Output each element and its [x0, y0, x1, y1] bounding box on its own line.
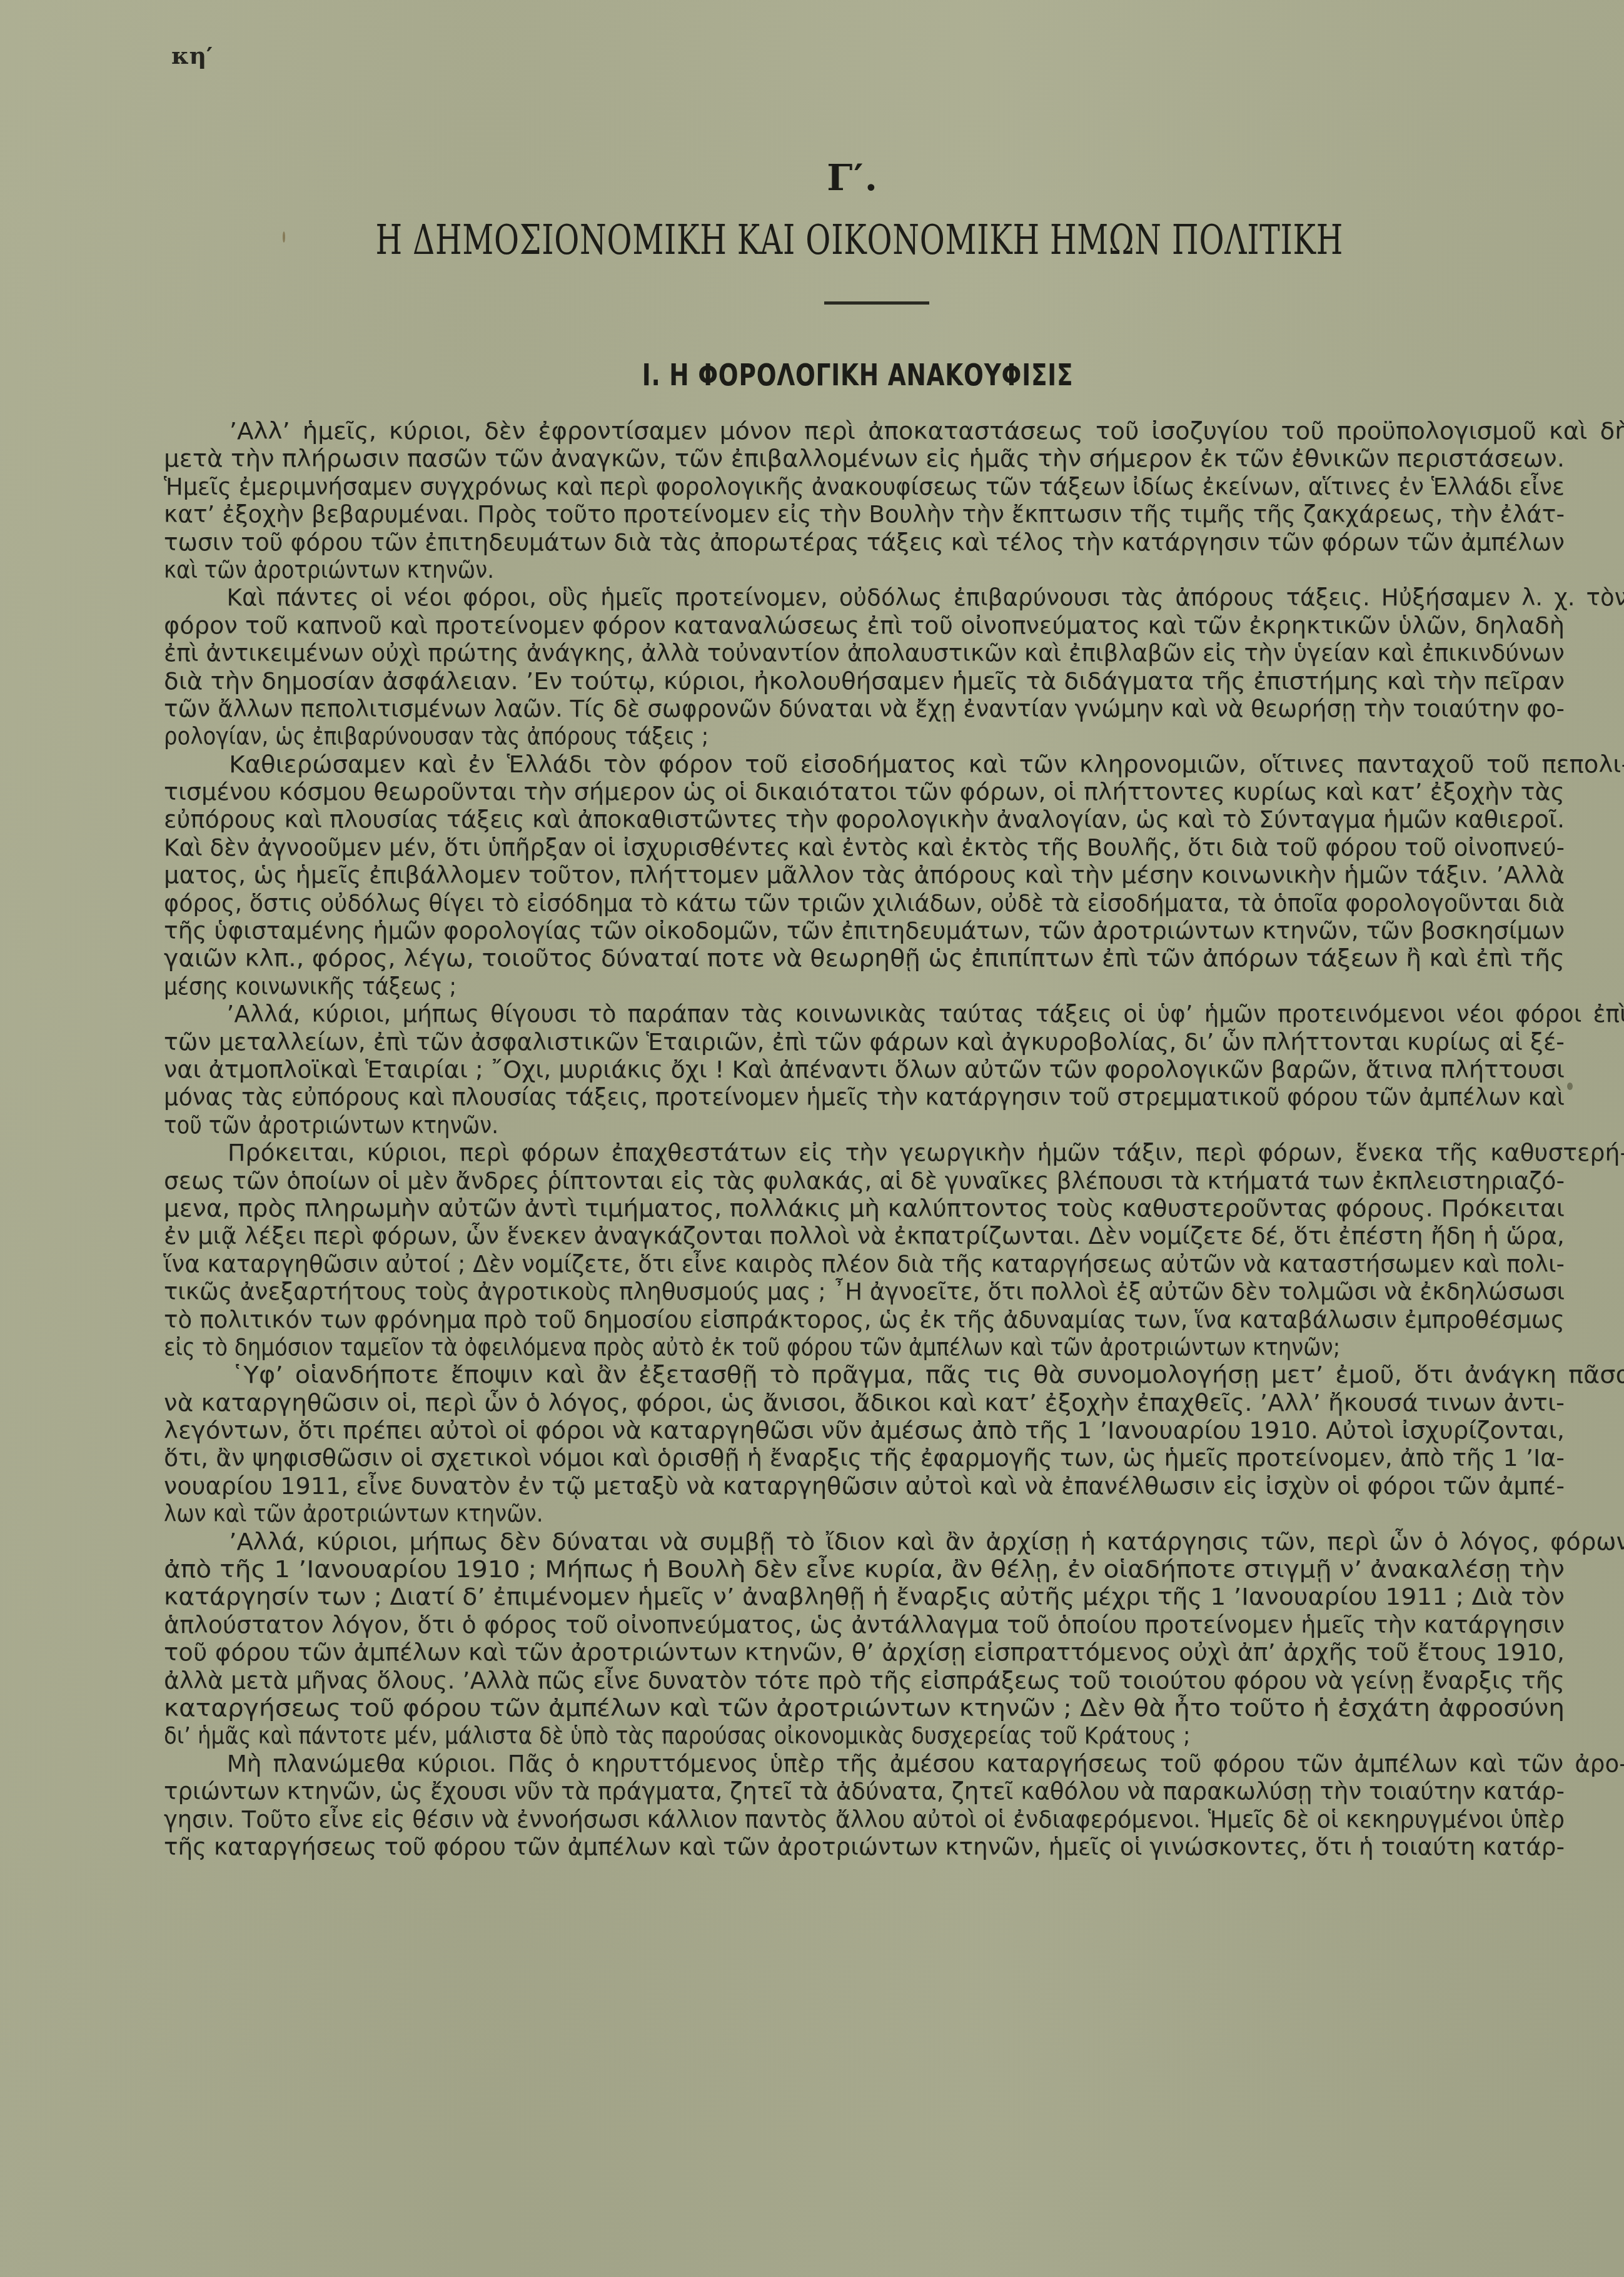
text-line: γησιν. Τοῦτο εἶνε εἰς θέσιν νὰ ἐννοήσωσι…: [164, 1806, 1565, 1834]
text-line: ἵνα καταργηθῶσιν αὐτοί ; Δὲν νομίζετε, ὅ…: [164, 1251, 1565, 1278]
page-title: Η ΔΗΜΟΣΙΟΝΟΜΙΚΗ ΚΑΙ ΟΙΚΟΝΟΜΙΚΗ ΗΜΩΝ ΠΟΛΙ…: [228, 216, 1430, 264]
text-line: λεγόντων, ὅτι πρέπει αὐτοὶ οἱ φόροι νὰ κ…: [164, 1417, 1565, 1445]
body-text: ’Αλλ’ ἡμεῖς, κύριοι, δὲν ἐφροντίσαμεν μό…: [164, 418, 1565, 1861]
text-line: σεως τῶν ὁποίων οἱ μὲν ἄνδρες ῥίπτονται …: [164, 1168, 1565, 1195]
text-line: ἀλλὰ μετὰ μῆνας ὅλους. ’Αλλὰ πῶς εἶνε δυ…: [164, 1667, 1565, 1695]
section-letter: Γ′.: [0, 156, 1624, 199]
text-line: ἐν μιᾷ λέξει περὶ φόρων, ὧν ἕνεκεν ἀναγκ…: [164, 1223, 1565, 1250]
text-line: ’Αλλ’ ἡμεῖς, κύριοι, δὲν ἐφροντίσαμεν μό…: [164, 418, 1624, 445]
text-line: γαιῶν κλπ., φόρος, λέγω, τοιοῦτος δύνατα…: [164, 945, 1565, 972]
text-line: ρολογίαν, ὡς ἐπιβαρύνουσαν τὰς ἀπόρους τ…: [164, 723, 1453, 750]
text-line: φόρος, ὅστις οὐδόλως θίγει τὸ εἰσόδημα τ…: [164, 890, 1565, 917]
text-line: νὰ καταργηθῶσιν οἱ, περὶ ὧν ὁ λόγος, φόρ…: [164, 1390, 1565, 1417]
text-line: Καθιερώσαμεν καὶ ἐν Ἑλλάδι τὸν φόρον τοῦ…: [164, 751, 1624, 779]
page-number: κη′: [171, 41, 213, 69]
text-line: ναι ἀτμοπλοϊκαὶ Ἑταιρίαι ; ῎Οχι, μυριάκι…: [164, 1056, 1565, 1084]
text-line: ’Αλλά, κύριοι, μήπως θίγουσι τὸ παράπαν …: [164, 1001, 1624, 1028]
text-line: Μὴ πλανώμεθα κύριοι. Πᾶς ὁ κηρυττόμενος …: [164, 1750, 1624, 1778]
text-line: τριώντων κτηνῶν, ὡς ἔχουσι νῦν τὰ πράγμα…: [164, 1778, 1565, 1805]
text-line: τοῦ φόρου τῶν ἀμπέλων καὶ τῶν ἀροτριώντω…: [164, 1639, 1565, 1667]
text-line: τοῦ τῶν ἀροτριώντων κτηνῶν.: [164, 1112, 1453, 1139]
text-line: δι’ ἡμᾶς καὶ πάντοτε μέν, μάλιστα δὲ ὑπὸ…: [164, 1722, 1453, 1750]
text-line: μενα, πρὸς πληρωμὴν αὐτῶν ἀντὶ τιμήματος…: [164, 1195, 1565, 1223]
text-line: μόνας τὰς εὐπόρους καὶ πλουσίας τάξεις, …: [164, 1084, 1565, 1111]
text-line: μετὰ τὴν πλήρωσιν πασῶν τῶν ἀναγκῶν, τῶν…: [164, 445, 1565, 473]
text-line: φόρον τοῦ καπνοῦ καὶ προτείνομεν φόρον κ…: [164, 612, 1565, 640]
text-line: τικῶς ἀνεξαρτήτους τοὺς ἀγροτικοὺς πληθυ…: [164, 1278, 1565, 1306]
text-line: τῶν ἄλλων πεπολιτισμένων λαῶν. Τίς δὲ σω…: [164, 695, 1565, 723]
text-line: Πρόκειται, κύριοι, περὶ φόρων ἐπαχθεστάτ…: [164, 1139, 1624, 1167]
text-line: κατ’ ἐξοχὴν βεβαρυμέναι. Πρὸς τοῦτο προτ…: [164, 501, 1565, 528]
text-line: τισμένου κόσμου θεωροῦνται τὴν σήμερον ὡ…: [164, 779, 1565, 806]
text-line: ῾Υφ’ οἱανδήποτε ἔποψιν καὶ ἂν ἐξετασθῇ τ…: [164, 1361, 1624, 1389]
text-line: ἀπὸ τῆς 1 ’Ιανουαρίου 1910 ; Μήπως ἡ Βου…: [164, 1556, 1565, 1583]
text-line: τῶν μεταλλείων, ἐπὶ τῶν ἀσφαλιστικῶν Ἑτα…: [164, 1029, 1565, 1056]
section-subtitle: Ι. Η ΦΟΡΟΛΟΓΙΚΗ ΑΝΑΚΟΥΦΙΣΙΣ: [193, 358, 1460, 393]
text-line: μέσης κοινωνικῆς τάξεως ;: [164, 973, 1453, 1001]
text-line: καὶ τῶν ἀροτριώντων κτηνῶν.: [164, 557, 1453, 584]
title-divider: [824, 301, 929, 305]
text-line: λων καὶ τῶν ἀροτριώντων κτηνῶν.: [164, 1500, 1453, 1528]
text-line: ’Αλλά, κύριοι, μήπως δὲν δύναται νὰ συμβ…: [164, 1528, 1624, 1556]
text-line: κατάργησίν των ; Διατί δ’ ἐπιμένομεν ἡμε…: [164, 1583, 1565, 1611]
text-line: τῆς καταργήσεως τοῦ φόρου τῶν ἀμπέλων κα…: [164, 1834, 1565, 1861]
ink-speck: [283, 231, 285, 243]
text-line: ἁπλούστατον λόγον, ὅτι ὁ φόρος τοῦ οἰνοπ…: [164, 1612, 1565, 1639]
text-line: διὰ τὴν δημοσίαν ἀσφάλειαν. ’Εν τούτῳ, κ…: [164, 668, 1565, 695]
ink-speck: [1567, 1083, 1573, 1090]
text-line: ὅτι, ἂν ψηφισθῶσιν οἱ σχετικοὶ νόμοι καὶ…: [164, 1445, 1565, 1472]
text-line: Ἡμεῖς ἐμεριμνήσαμεν συγχρόνως καὶ περὶ φ…: [164, 473, 1565, 501]
text-line: Καὶ δὲν ἀγνοοῦμεν μέν, ὅτι ὑπῆρξαν οἱ ἰσ…: [164, 834, 1565, 862]
text-line: Καὶ πάντες οἱ νέοι φόροι, οὓς ἡμεῖς προτ…: [164, 584, 1624, 612]
text-line: ἐπὶ ἀντικειμένων οὐχὶ πρώτης ἀνάγκης, ἀλ…: [164, 640, 1565, 667]
text-line: εὐπόρους καὶ πλουσίας τάξεις καὶ ἀποκαθι…: [164, 806, 1565, 834]
text-line: νουαρίου 1911, εἶνε δυνατὸν ἐν τῷ μεταξὺ…: [164, 1473, 1565, 1500]
text-line: καταργήσεως τοῦ φόρου τῶν ἀμπέλων καὶ τῶ…: [164, 1695, 1565, 1722]
text-line: τῆς ὑφισταμένης ἡμῶν φορολογίας τῶν οἰκο…: [164, 917, 1565, 945]
text-line: ματος, ὡς ἡμεῖς ἐπιβάλλομεν τοῦτον, πλήτ…: [164, 862, 1565, 889]
text-line: τὸ πολιτικόν των φρόνημα πρὸ τοῦ δημοσίο…: [164, 1306, 1565, 1334]
text-line: τωσιν τοῦ φόρου τῶν ἐπιτηδευμάτων διὰ τὰ…: [164, 529, 1565, 557]
text-line: εἰς τὸ δημόσιον ταμεῖον τὰ ὀφειλόμενα πρ…: [164, 1334, 1453, 1361]
